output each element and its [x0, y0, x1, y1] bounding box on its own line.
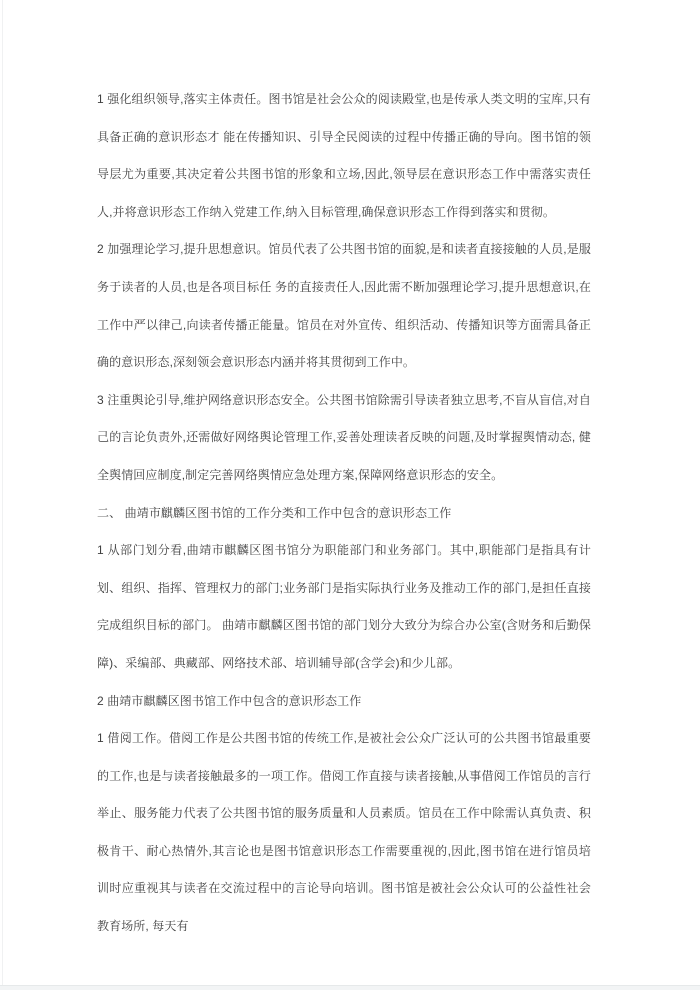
paragraph: 1 从部门划分看,曲靖市麒麟区图书馆分为职能部门和业务部门。其中,职能部门是指具… [97, 532, 591, 682]
paragraph: 1 借阅工作。借阅工作是公共图书馆的传统工作,是被社会公众广泛认可的公共图书馆最… [97, 720, 591, 946]
paragraph: 2 曲靖市麒麟区图书馆工作中包含的意识形态工作 [97, 683, 591, 721]
page-bottom-edge [0, 985, 700, 990]
page-left-edge [2, 0, 3, 990]
paragraph: 2 加强理论学习,提升思想意识。馆员代表了公共图书馆的面貌,是和读者直接接触的人… [97, 231, 591, 381]
paragraph: 1 强化组织领导,落实主体责任。图书馆是社会公众的阅读殿堂,也是传承人类文明的宝… [97, 81, 591, 231]
paragraph: 二、 曲靖市麒麟区图书馆的工作分类和工作中包含的意识形态工作 [97, 495, 591, 533]
paragraph: 3 注重舆论引导,维护网络意识形态安全。公共图书馆除需引导读者独立思考,不盲从盲… [97, 382, 591, 495]
document-page: 1 强化组织领导,落实主体责任。图书馆是社会公众的阅读殿堂,也是传承人类文明的宝… [0, 0, 700, 990]
document-text: 1 强化组织领导,落实主体责任。图书馆是社会公众的阅读殿堂,也是传承人类文明的宝… [97, 81, 591, 946]
